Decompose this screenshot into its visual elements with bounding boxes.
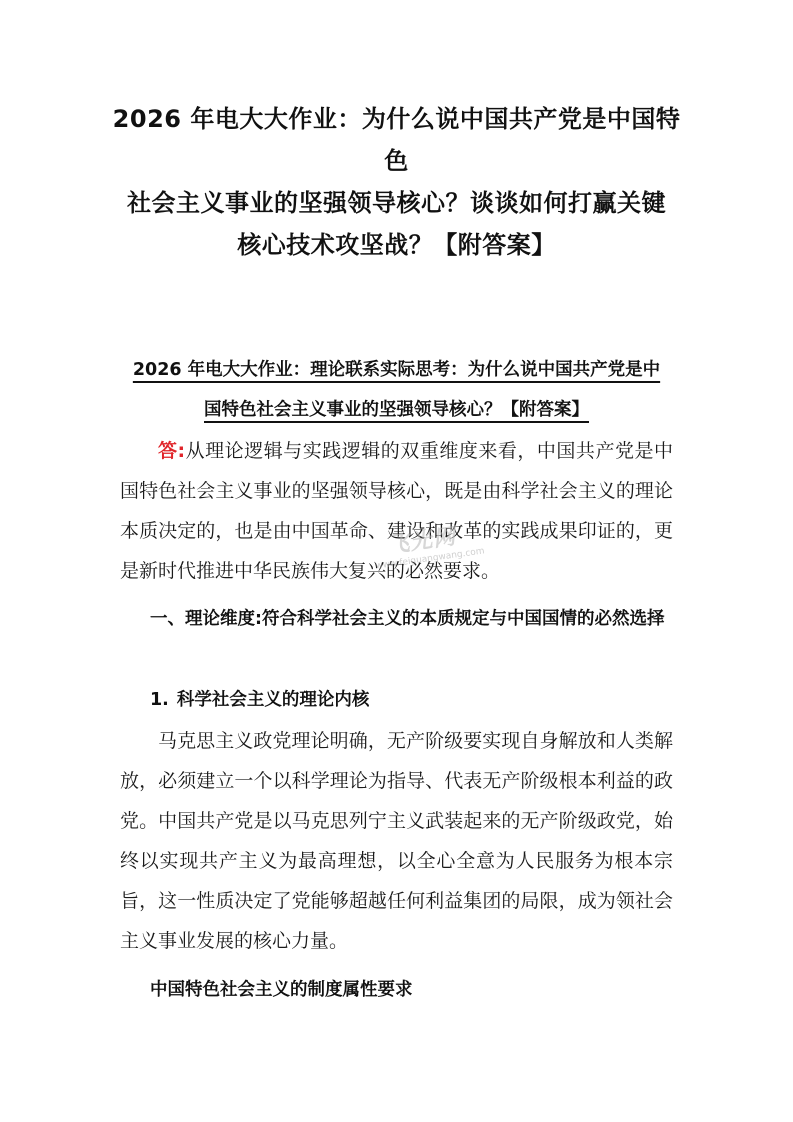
subsection-1-title: 科学社会主义的理论内核	[177, 690, 370, 710]
sub-title-line-1: 2026 年电大大作业：理论联系实际思考：为什么说中国共产党是中	[133, 360, 660, 380]
document-sub-title: 2026 年电大大作业：理论联系实际思考：为什么说中国共产党是中 国特色社会主义…	[110, 350, 683, 430]
document-main-title: 2026 年电大大作业：为什么说中国共产党是中国特色 社会主义事业的坚强领导核心…	[110, 98, 683, 266]
subsection-1-paragraph: 马克思主义政党理论明确，无产阶级要实现自身解放和人类解放，必须建立一个以科学理论…	[120, 721, 673, 961]
section-1-heading: 一、理论维度:符合科学社会主义的本质规定与中国国情的必然选择	[120, 598, 673, 640]
subsection-1-heading: 1.科学社会主义的理论内核	[150, 680, 369, 720]
answer-text: 从理论逻辑与实践逻辑的双重维度来看，中国共产党是中国特色社会主义事业的坚强领导核…	[120, 440, 673, 582]
answer-label: 答:	[158, 440, 185, 462]
sub-title-line-2: 国特色社会主义事业的坚强领导核心？【附答案】	[204, 400, 589, 420]
subsection-1-number: 1.	[150, 690, 169, 710]
subsection-2-heading: 中国特色社会主义的制度属性要求	[150, 970, 413, 1010]
main-title-line-1: 2026 年电大大作业：为什么说中国共产党是中国特色	[110, 98, 683, 182]
main-title-line-3: 核心技术攻坚战？【附答案】	[110, 224, 683, 266]
document-page: 2026 年电大大作业：为什么说中国共产党是中国特色 社会主义事业的坚强领导核心…	[0, 0, 793, 1122]
main-title-line-2: 社会主义事业的坚强领导核心？谈谈如何打赢关键	[110, 182, 683, 224]
answer-paragraph: 答:从理论逻辑与实践逻辑的双重维度来看，中国共产党是中国特色社会主义事业的坚强领…	[120, 431, 673, 591]
